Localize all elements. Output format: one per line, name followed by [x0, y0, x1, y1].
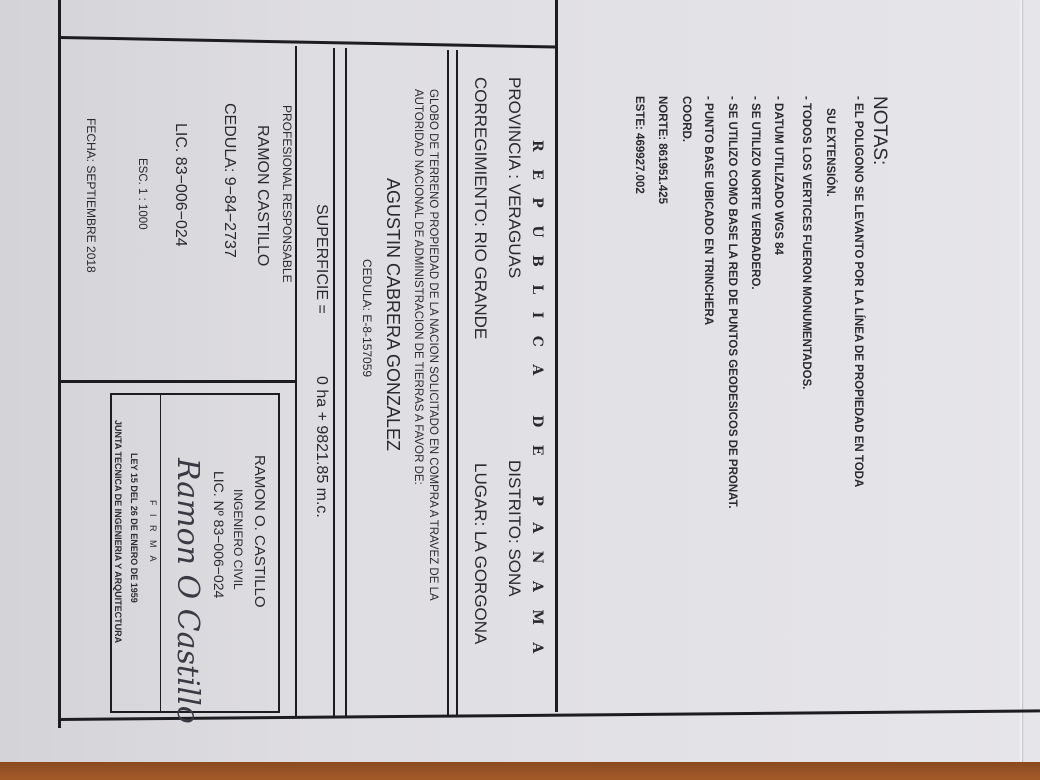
- scale-label: ESC. 1 : 1000: [136, 158, 148, 230]
- owner-cedula: CEDULA: E-8-157059: [360, 259, 374, 377]
- country-title: REPUBLICA DE PANAMA: [529, 140, 545, 671]
- corregimiento-label: CORREGIMIENTO: RIO GRANDE: [470, 77, 490, 339]
- firma-label: F I R M A: [148, 500, 158, 565]
- stamp-box-left: [110, 393, 112, 713]
- professional-cedula: CEDULA: 9−84−2737: [220, 103, 238, 258]
- column-divider-4: [447, 50, 449, 716]
- column-divider-2: [333, 48, 335, 718]
- column-divider-3: [345, 48, 347, 718]
- note-line-4: - DATUM UTILIZADO WGS 84: [772, 96, 784, 255]
- professional-name: RAMON CASTILLO: [253, 125, 271, 266]
- description-line-1: GLOBO DE TERRENO PROPIEDAD DE LA NACION …: [427, 89, 439, 601]
- distrito-label: DISTRITO: SONA: [504, 460, 524, 597]
- provincia-label: PROVINCIA : VERAGUAS: [504, 77, 524, 278]
- description-line-2: AUTORIDAD NACIONAL DE ADMINISTRACION DE …: [412, 89, 424, 485]
- professional-license: LIC. 83−006−024: [171, 123, 189, 247]
- column-divider-5: [456, 50, 458, 716]
- coord-north: NORTE: 861951.425: [656, 96, 668, 204]
- note-line-1: - EL POLIGONO SE LEVANTO POR LA LÍNEA DE…: [852, 96, 864, 487]
- stamp-profession: INGENIERO CIVIL: [231, 489, 245, 590]
- owner-name: AGUSTIN CABRERA GONZALEZ: [382, 178, 403, 451]
- area-value: 0 ha + 9821.85 m.c.: [312, 376, 330, 518]
- stamp-law: LEY 15 DEL 26 DE ENERO DE 1959: [129, 453, 139, 603]
- stamp-box-inner-divider: [160, 393, 161, 713]
- lugar-label: LUGAR: LA GORGONA: [470, 463, 490, 644]
- note-line-3: - TODOS LOS VERTICES FUERON MONUMENTADOS…: [800, 96, 812, 389]
- note-line-2: SU EXTENSIÓN.: [824, 108, 836, 197]
- stamp-box-top: [110, 393, 280, 395]
- stamp-name: RAMON O. CASTILLO: [251, 455, 268, 608]
- notes-title: NOTAS:: [868, 96, 890, 165]
- note-line-6: - SE UTILIZO COMO BASE LA RED DE PUNTOS …: [726, 96, 738, 509]
- stamp-box-right: [278, 393, 280, 713]
- area-label: SUPERFICIE =: [312, 204, 330, 314]
- stamp-license: LIC. Nº 83−006−024: [211, 471, 227, 598]
- professional-title: PROFESIONAL RESPONSABLE: [280, 105, 294, 283]
- professional-divider: [60, 380, 296, 383]
- note-line-7: - PUNTO BASE UBICADO EN TRINCHERA: [702, 96, 714, 325]
- frame-right-border: [555, 0, 558, 712]
- paper-fold: [1020, 0, 1022, 770]
- stamp-board: JUNTA TECNICA DE INGENIERIA Y ARQUITECTU…: [113, 420, 123, 643]
- signature: Ramon O Castillo: [170, 458, 205, 724]
- table-surface: [0, 762, 1040, 780]
- frame-left-border: [58, 0, 61, 728]
- coord-east: ESTE: 469927.002: [633, 96, 645, 194]
- note-line-5: - SE UTILIZO NORTE VERDADERO.: [749, 96, 761, 290]
- note-line-8: COORD.: [680, 96, 692, 142]
- date-label: FECHA: SEPTIEMBRE 2018: [84, 118, 98, 273]
